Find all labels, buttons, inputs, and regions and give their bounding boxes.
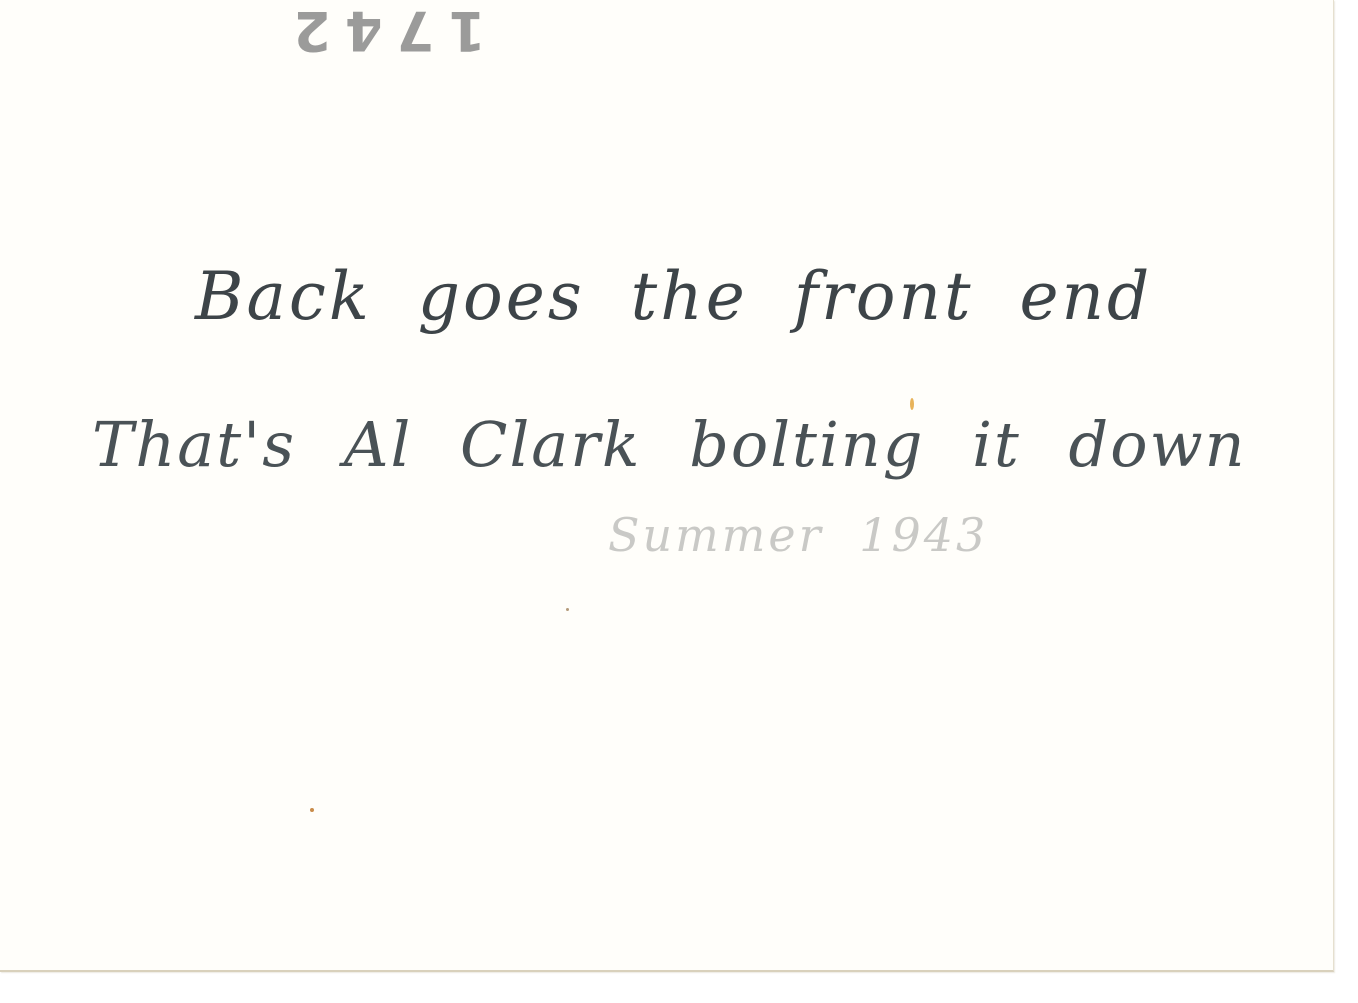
stamped-number: 1742 xyxy=(275,0,490,60)
handwritten-date: Summer 1943 xyxy=(608,508,988,562)
handwritten-caption-line-1: Back goes the front end xyxy=(195,258,1152,335)
stain-spot xyxy=(310,808,314,812)
photo-back-card: 1742 Back goes the front end That's Al C… xyxy=(0,0,1334,972)
ink-spot xyxy=(910,398,914,410)
stain-spot xyxy=(566,608,569,611)
handwritten-caption-line-2: That's Al Clark bolting it down xyxy=(92,408,1247,481)
